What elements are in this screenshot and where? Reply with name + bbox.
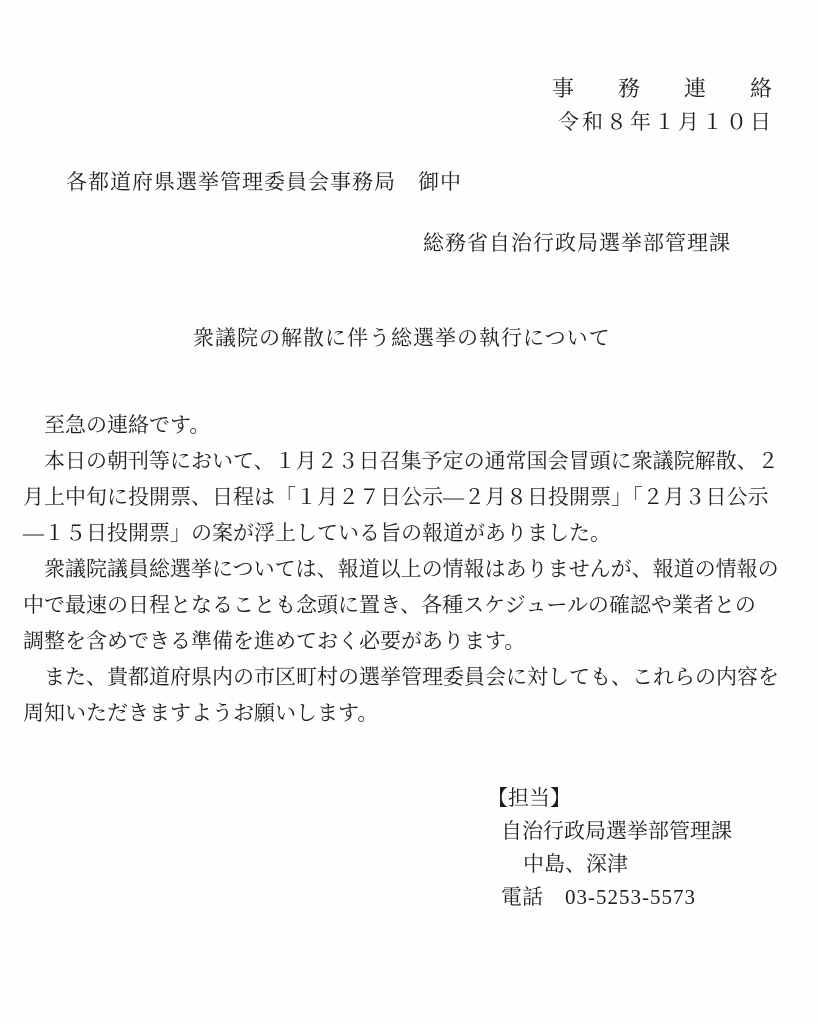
phone-number: 03-5253-5573 bbox=[565, 885, 696, 909]
document-page: 事 務 連 絡 令和８年１月１０日 各都道府県選挙管理委員会事務局 御中 総務省… bbox=[0, 0, 818, 1024]
addressee-line: 各都道府県選挙管理委員会事務局 御中 bbox=[66, 166, 462, 196]
contact-phone: 電話03-5253-5573 bbox=[487, 881, 732, 914]
contact-block: 【担当】 自治行政局選挙部管理課 中島、深津 電話03-5253-5573 bbox=[487, 782, 732, 914]
body-line: 本日の朝刊等において、１月２３日召集予定の通常国会冒頭に衆議院解散、２ bbox=[23, 443, 795, 479]
doc-type-label: 事 務 連 絡 bbox=[552, 72, 772, 103]
body-line: 周知いただきますようお願いします。 bbox=[23, 695, 795, 731]
document-title: 衆議院の解散に伴う総選挙の執行について bbox=[193, 322, 611, 352]
body-line: ―１５日投開票」の案が浮上している旨の報道がありました。 bbox=[23, 515, 795, 551]
sender-org: 総務省自治行政局選挙部管理課 bbox=[423, 227, 731, 257]
body-line: 衆議院議員総選挙については、報道以上の情報はありませんが、報道の情報の bbox=[23, 551, 795, 587]
body-text: 至急の連絡です。 本日の朝刊等において、１月２３日召集予定の通常国会冒頭に衆議院… bbox=[23, 407, 795, 731]
body-line: 調整を含めできる準備を進めておく必要があります。 bbox=[23, 623, 795, 659]
body-line: また、貴都道府県内の市区町村の選挙管理委員会に対しても、これらの内容を bbox=[23, 659, 795, 695]
contact-division: 自治行政局選挙部管理課 bbox=[487, 815, 732, 848]
body-line: 至急の連絡です。 bbox=[23, 407, 795, 443]
body-line: 月上中旬に投開票、日程は「１月２７日公示―２月８日投開票」「２月３日公示 bbox=[23, 479, 795, 515]
document-date: 令和８年１月１０日 bbox=[558, 106, 774, 136]
contact-heading: 【担当】 bbox=[487, 782, 732, 815]
phone-label: 電話 bbox=[501, 885, 543, 909]
contact-staff: 中島、深津 bbox=[487, 848, 732, 881]
body-line: 中で最速の日程となることも念頭に置き、各種スケジュールの確認や業者との bbox=[23, 587, 795, 623]
